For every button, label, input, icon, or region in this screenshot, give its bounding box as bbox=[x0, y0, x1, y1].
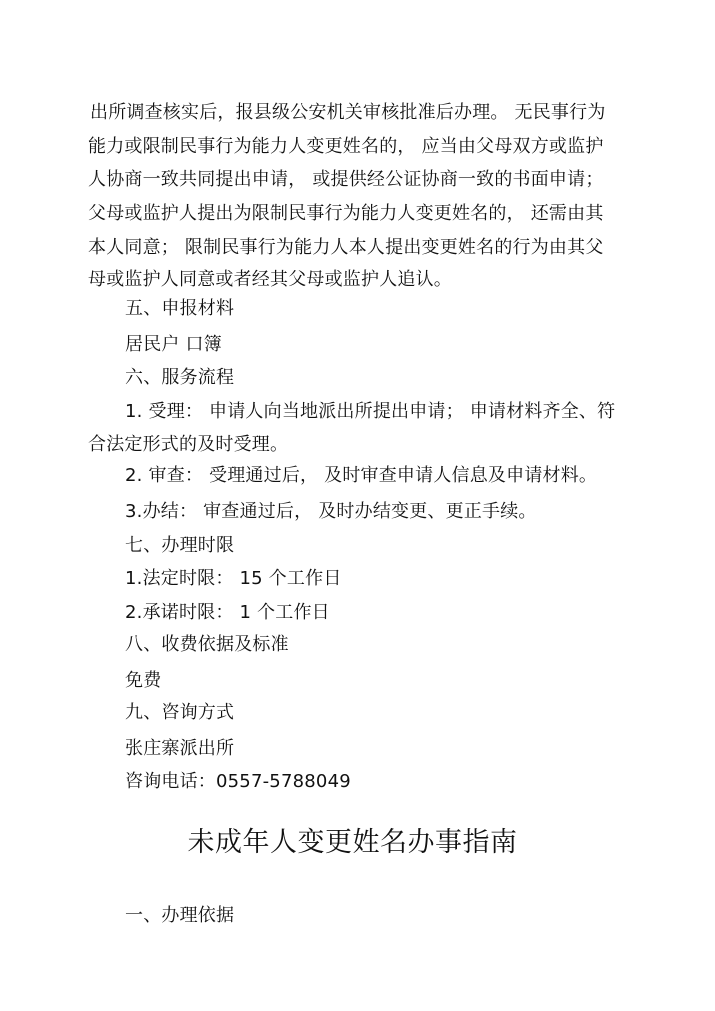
paragraph-line: 本人同意； 限制民事行为能力人本人提出变更姓名的行为由其父 bbox=[88, 236, 604, 260]
process-step-accept: 1. 受理： 申请人向当地派出所提出申请； 申请材料齐全、符 bbox=[125, 400, 615, 424]
statutory-time-limit: 1.法定时限： 15 个工作日 bbox=[125, 567, 342, 591]
paragraph-line: 能力或限制民事行为能力人变更姓名的， 应当由父母双方或监护 bbox=[88, 135, 604, 159]
section-heading-contact: 九、咨询方式 bbox=[125, 701, 234, 725]
section-heading-process: 六、服务流程 bbox=[125, 366, 234, 390]
document-page: 出所调查核实后，报县级公安机关审核批准后办理。 无民事行为 能力或限制民事行为能… bbox=[0, 0, 715, 1011]
promised-time-limit: 2.承诺时限： 1 个工作日 bbox=[125, 601, 330, 625]
paragraph-line: 父母或监护人提出为限制民事行为能力人变更姓名的， 还需由其 bbox=[88, 202, 604, 226]
process-step-complete: 3.办结： 审查通过后， 及时办结变更、更正手续。 bbox=[125, 500, 537, 524]
process-step-accept-cont: 合法定形式的及时受理。 bbox=[88, 433, 288, 457]
paragraph-line: 人协商一致共同提出申请， 或提供经公证协商一致的书面申请； bbox=[88, 168, 604, 192]
section-heading-materials: 五、申报材料 bbox=[125, 297, 234, 321]
contact-phone: 咨询电话：0557-5788049 bbox=[125, 770, 351, 794]
materials-content: 居民户 口簿 bbox=[125, 333, 222, 357]
section-heading-fees: 八、收费依据及标准 bbox=[125, 633, 289, 657]
section-heading-legal-basis: 一、办理依据 bbox=[125, 904, 234, 928]
section-heading-time-limit: 七、办理时限 bbox=[125, 534, 234, 558]
fees-content: 免费 bbox=[125, 669, 161, 693]
process-step-review: 2. 审查： 受理通过后， 及时审查申请人信息及申请材料。 bbox=[125, 464, 597, 488]
contact-office: 张庄寨派出所 bbox=[125, 737, 234, 761]
paragraph-line: 出所调查核实后，报县级公安机关审核批准后办理。 无民事行为 bbox=[90, 101, 606, 125]
paragraph-line: 母或监护人同意或者经其父母或监护人追认。 bbox=[88, 268, 452, 292]
guide-title: 未成年人变更姓名办事指南 bbox=[0, 826, 710, 860]
